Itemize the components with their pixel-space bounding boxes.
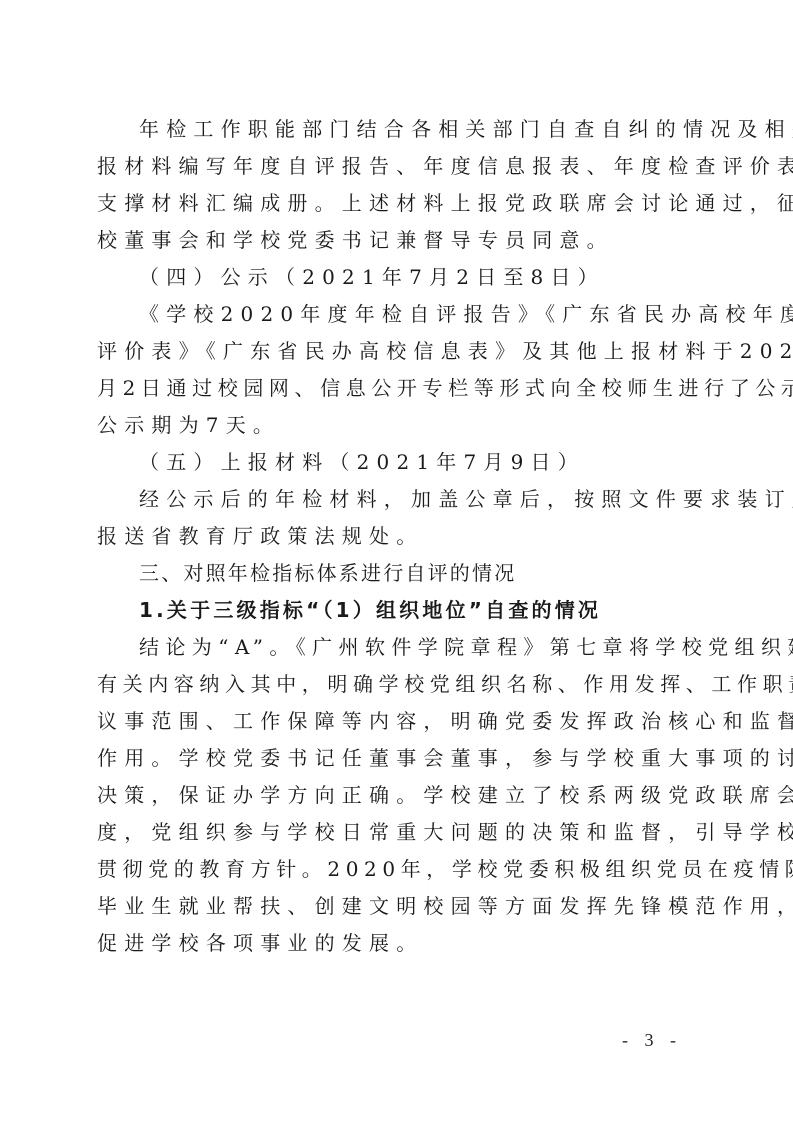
paragraph-line: 议事范围、工作保障等内容，明确党委发挥政治核心和监督保障 [97, 703, 693, 740]
section-heading-publicity: （四）公示（2021年7月2日至8日） [97, 259, 693, 296]
paragraph-line: 校董事会和学校党委书记兼督导专员同意。 [97, 222, 693, 259]
paragraph-line: 公示期为7天。 [97, 407, 693, 444]
section-heading-self-evaluation: 三、对照年检指标体系进行自评的情况 [97, 555, 693, 592]
page-number: - 3 - [622, 1030, 682, 1051]
paragraph-line: 度，党组织参与学校日常重大问题的决策和监督，引导学校全面 [97, 814, 693, 851]
paragraph-line: 结论为“A”。《广州软件学院章程》第七章将学校党组织建设 [97, 629, 693, 666]
paragraph-line: 促进学校各项事业的发展。 [97, 925, 693, 962]
paragraph-line: 决策，保证办学方向正确。学校建立了校系两级党政联席会议制 [97, 777, 693, 814]
paragraph-line: 报材料编写年度自评报告、年度信息报表、年度检查评价表，将 [97, 148, 693, 185]
paragraph-line: 毕业生就业帮扶、创建文明校园等方面发挥先锋模范作用，积极 [97, 888, 693, 925]
paragraph-line: 经公示后的年检材料，加盖公章后，按照文件要求装订成册 [97, 481, 693, 518]
paragraph-line: 评价表》《广东省民办高校信息表》及其他上报材料于2021年7 [97, 333, 693, 370]
section-heading-submit: （五）上报材料（2021年7月9日） [97, 444, 693, 481]
paragraph-line: 月2日通过校园网、信息公开专栏等形式向全校师生进行了公示。 [97, 370, 693, 407]
subsection-heading-organization-status: 1.关于三级指标“（1）组织地位”自查的情况 [97, 592, 693, 629]
paragraph-line: 贯彻党的教育方针。2020年，学校党委积极组织党员在疫情防控、 [97, 851, 693, 888]
document-page: 年检工作职能部门结合各相关部门自查自纠的情况及相关汇 报材料编写年度自评报告、年… [97, 111, 693, 962]
paragraph-line: 作用。学校党委书记任董事会董事，参与学校重大事项的讨论和 [97, 740, 693, 777]
paragraph-line: 年检工作职能部门结合各相关部门自查自纠的情况及相关汇 [97, 111, 693, 148]
paragraph-line: 报送省教育厅政策法规处。 [97, 518, 693, 555]
paragraph-line: 《学校2020年度年检自评报告》《广东省民办高校年度检查 [97, 296, 693, 333]
paragraph-line: 支撑材料汇编成册。上述材料上报党政联席会讨论通过，征得学 [97, 185, 693, 222]
paragraph-line: 有关内容纳入其中，明确学校党组织名称、作用发挥、工作职责、 [97, 666, 693, 703]
